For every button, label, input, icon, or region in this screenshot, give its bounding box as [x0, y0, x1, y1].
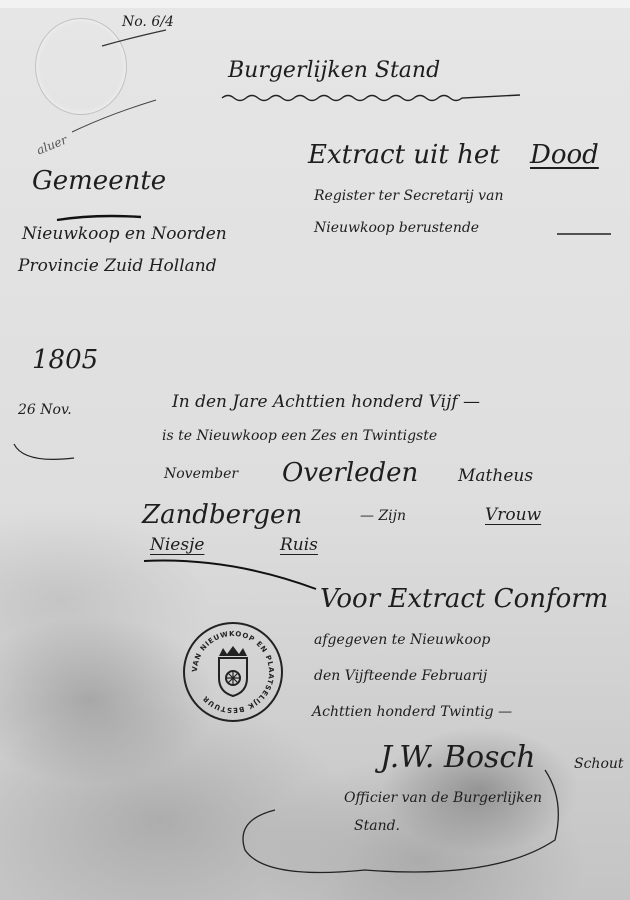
municipality-flourish-icon	[55, 214, 145, 224]
body-keyword-vrouw: Vrouw	[485, 505, 541, 525]
signature-paraph-icon	[235, 760, 565, 900]
header-wavy-rule-icon	[220, 90, 530, 104]
deceased-first-name: Matheus	[458, 466, 533, 486]
margin-day-month: 26 Nov.	[18, 402, 72, 418]
extract-heading-register: Register ter Secretarij van	[314, 188, 503, 204]
margin-date-flourish-icon	[10, 440, 80, 470]
scan-edge	[0, 0, 630, 8]
province-name: Provincie Zuid Holland	[18, 256, 217, 276]
municipality-name: Nieuwkoop en Noorden	[22, 224, 227, 244]
margin-year: 1805	[32, 345, 98, 375]
seal-crest-icon: VAN NIEUWKOOP EN PLAATSELIJK BESTUUR	[187, 626, 279, 718]
body-line-3-prefix: November	[164, 466, 238, 482]
body-line-2: is te Nieuwkoop een Zes en Twintigste	[162, 428, 437, 444]
municipal-seal: VAN NIEUWKOOP EN PLAATSELIJK BESTUUR	[183, 622, 283, 722]
body-keyword-overleden: Overleden	[282, 458, 418, 488]
spouse-first-name: Niesje	[150, 535, 204, 555]
certification-line-2: afgegeven te Nieuwkoop	[314, 632, 490, 648]
margin-stroke-icon	[70, 96, 160, 136]
body-closing-flourish-icon	[140, 555, 320, 595]
extract-heading-prefix: Extract uit het	[308, 140, 500, 170]
body-line-4-suffix: — Zijn	[360, 508, 406, 524]
body-line-1: In den Jare Achttien honderd Vijf —	[172, 392, 480, 412]
certification-line-3: den Vijfteende Februarij	[314, 668, 487, 684]
spouse-surname: Ruis	[280, 535, 318, 555]
extract-heading-dash-icon	[555, 228, 615, 238]
certification-line-4: Achttien honderd Twintig —	[312, 704, 512, 720]
header-title: Burgerlijken Stand	[228, 58, 440, 83]
deceased-surname: Zandbergen	[142, 500, 302, 530]
certification-line-1: Voor Extract Conform	[320, 584, 608, 614]
reference-underline-icon	[100, 26, 170, 50]
signature-title: Schout	[574, 756, 624, 772]
extract-heading-keyword: Dood	[530, 140, 599, 170]
extract-heading-location: Nieuwkoop berustende	[314, 220, 479, 236]
municipality-label: Gemeente	[32, 166, 166, 196]
